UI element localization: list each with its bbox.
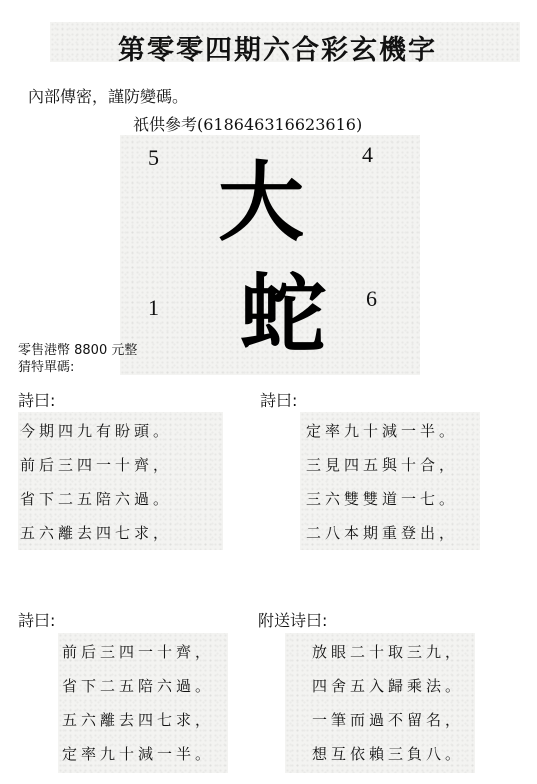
poem-line: 四舍五入歸乘法。 [312,669,464,703]
poem-line: 三見四五與十合， [306,448,458,482]
poem-line: 三六雙雙道一七。 [306,482,458,516]
poem3-heading: 詩曰: [18,608,55,631]
big-char-da: 大 [218,160,304,246]
poem3-body: 前后三四一十齊， 省下二五陪六過。 五六離去四七求， 定率九十減一半。 [62,635,214,771]
poem-line: 今期四九有盼頭。 [20,414,172,448]
poem-line: 省下二五陪六過。 [20,482,172,516]
page-title: 第零零四期六合彩玄機字 [118,28,437,67]
notice-text: 內部傳密，謹防變碼。 [28,84,188,107]
poem-line: 省下二五陪六過。 [62,669,214,703]
poem-line: 定率九十減一半。 [306,414,458,448]
reference-text: 祇供參考(618646316623616) [133,112,362,135]
poem4-heading: 附送诗曰: [258,608,327,631]
poem-line: 定率九十減一半。 [62,737,214,771]
number-bottom-right: 6 [366,286,377,312]
poem-line: 一筆而過不留名， [312,703,464,737]
poem-line: 前后三四一十齊， [62,635,214,669]
big-char-she: 蛇 [240,272,326,358]
poem-line: 五六離去四七求， [62,703,214,737]
price-line: 零售港幣 8800 元整 [18,342,137,359]
poem2-heading: 詩曰: [260,388,297,411]
poem-line: 二八本期重登出， [306,516,458,550]
poem4-body: 放眼二十取三九， 四舍五入歸乘法。 一筆而過不留名， 想互依賴三負八。 [312,635,464,771]
poem-line: 想互依賴三負八。 [312,737,464,771]
poem-line: 五六離去四七求， [20,516,172,550]
poem1-heading: 詩曰: [18,388,55,411]
poem-line: 放眼二十取三九， [312,635,464,669]
pricing-block: 零售港幣 8800 元整 猜特單碼: [18,342,137,376]
number-bottom-left: 1 [148,295,159,321]
poem2-body: 定率九十減一半。 三見四五與十合， 三六雙雙道一七。 二八本期重登出， [306,414,458,550]
poem-line: 前后三四一十齊， [20,448,172,482]
poem1-body: 今期四九有盼頭。 前后三四一十齊， 省下二五陪六過。 五六離去四七求， [20,414,172,550]
number-top-left: 5 [148,145,159,171]
guess-line: 猜特單碼: [18,359,137,376]
number-top-right: 4 [362,142,373,168]
